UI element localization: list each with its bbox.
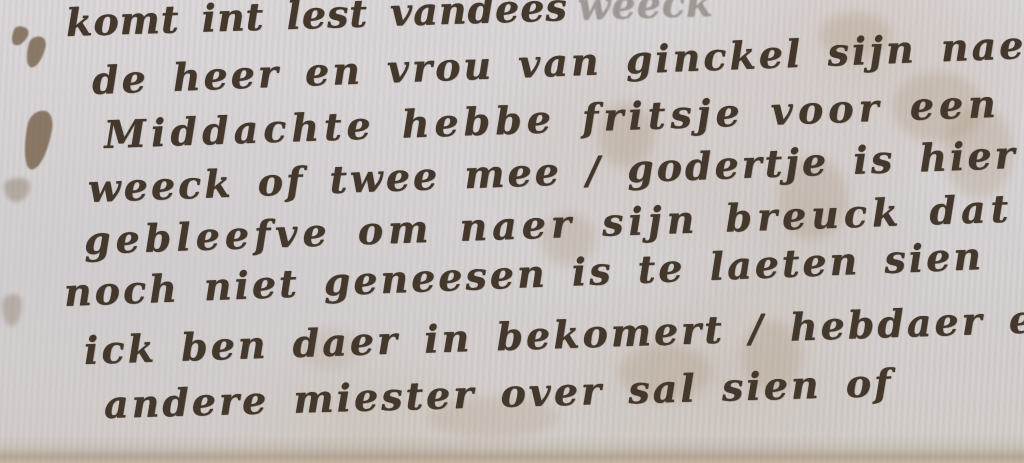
ink-blot: [2, 294, 22, 326]
ink-blot: [23, 34, 47, 69]
paper-sheet: komt int lest vandeesweeck de heer en vr…: [0, 0, 1024, 463]
manuscript-line-1-text: komt int lest vandees: [65, 0, 568, 45]
ink-blot: [20, 108, 55, 171]
torn-paper-edge: [0, 435, 1024, 463]
ink-blot: [9, 24, 31, 48]
ink-blot: [4, 178, 30, 202]
manuscript-line-1-faded-word: weeck: [577, 0, 714, 29]
scanned-letter: komt int lest vandeesweeck de heer en vr…: [0, 0, 1024, 463]
